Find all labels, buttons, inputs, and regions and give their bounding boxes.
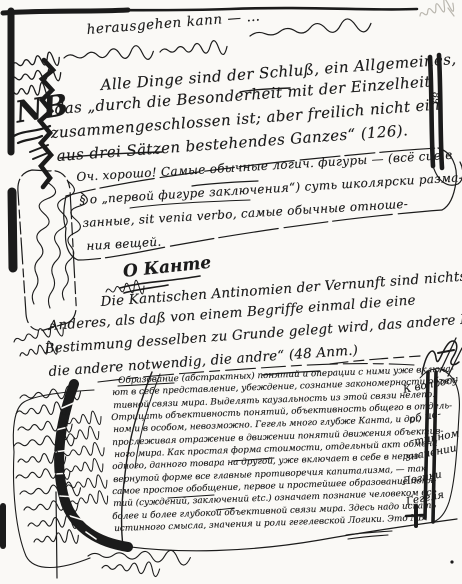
left-border-bar-2 [12, 192, 13, 268]
ink-dot [450, 560, 453, 563]
mid-right-dash [438, 350, 454, 353]
left-blob-outline-top [13, 390, 94, 452]
top-border-thick [3, 10, 128, 13]
sheet-number-mark: 89 [430, 92, 441, 104]
left-oval-outline [18, 170, 76, 330]
underline-eto-nb [346, 531, 392, 539]
manuscript-page: herausgehen kann — … Alle Dinge sind der… [0, 0, 462, 584]
